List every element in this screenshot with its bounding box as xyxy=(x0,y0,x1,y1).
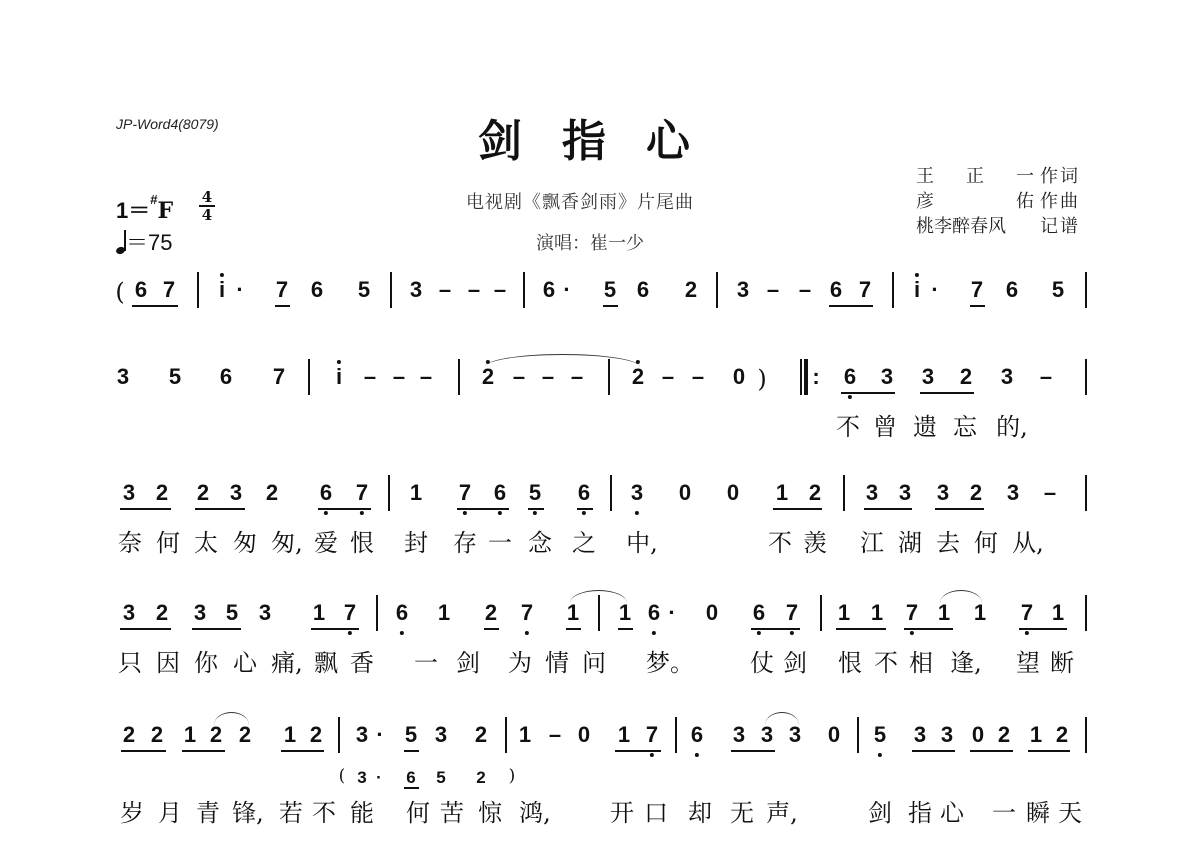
beam-underline xyxy=(841,392,895,394)
note: 3 xyxy=(881,365,893,389)
note: 0 xyxy=(733,365,745,389)
beam-underline xyxy=(912,750,955,752)
barline xyxy=(610,475,612,511)
lyric-char: 一 xyxy=(992,793,1016,828)
note: 3 xyxy=(937,481,949,505)
note: i xyxy=(914,278,920,302)
lyric-char: 恨 xyxy=(838,643,862,678)
lyric-char: 恨 xyxy=(350,523,374,558)
note: 1 xyxy=(1030,723,1042,747)
note: 2 xyxy=(809,481,821,505)
repeat-thin-bar xyxy=(800,359,802,395)
note: 3 xyxy=(631,481,643,505)
note: 7 xyxy=(163,278,175,302)
lyric-char: 口 xyxy=(644,793,668,828)
lyric-char: 情 xyxy=(545,643,569,678)
barline xyxy=(1085,359,1087,395)
note: 3 xyxy=(737,278,749,302)
note: 3 xyxy=(259,601,271,625)
lyric-char: 天 xyxy=(1058,793,1082,828)
beam-underline xyxy=(132,305,178,307)
beam-underline xyxy=(457,508,509,510)
note: 6 xyxy=(320,481,332,505)
song-title: 剑指心 xyxy=(478,112,730,172)
song-subtitle: 电视剧《飘香剑雨》片尾曲 xyxy=(466,188,694,214)
note: 6 xyxy=(753,601,765,625)
note: 2 xyxy=(960,365,972,389)
note: 6 xyxy=(311,278,323,302)
repeat-colon: : xyxy=(812,365,819,389)
beam-underline xyxy=(192,628,241,630)
note: – xyxy=(1044,481,1056,505)
note: 1 xyxy=(974,601,986,625)
note: 3 xyxy=(123,481,135,505)
barline xyxy=(338,717,340,753)
lyric-char: 指 xyxy=(908,793,932,828)
alt-note: 3 xyxy=(357,766,366,790)
note: 1 xyxy=(519,723,531,747)
lyric-char: 太 xyxy=(194,523,218,558)
lyric-char: 岁 xyxy=(120,793,144,828)
note: 3 xyxy=(435,723,447,747)
lyric-char: 锋, xyxy=(232,793,264,828)
beam-underline xyxy=(1028,750,1070,752)
slur-arc xyxy=(485,354,640,367)
lyric-char: 望 xyxy=(1016,643,1040,678)
note: 5 xyxy=(604,278,616,302)
lyric-char: 剑 xyxy=(868,793,892,828)
alt-note: · xyxy=(376,766,382,790)
beam-underline xyxy=(121,750,166,752)
singer-credit: 演唱：崔一少 xyxy=(536,229,644,255)
barline xyxy=(388,475,390,511)
beam-underline xyxy=(920,392,974,394)
note: – xyxy=(767,278,779,302)
note: 6 xyxy=(494,481,506,505)
barline xyxy=(523,272,525,308)
lyric-char: 湖 xyxy=(898,523,922,558)
note: 1 xyxy=(838,601,850,625)
note: 5 xyxy=(169,365,181,389)
beam-underline xyxy=(311,628,359,630)
note: 3 xyxy=(194,601,206,625)
beam-underline xyxy=(836,628,886,630)
barline xyxy=(1085,717,1087,753)
lyric-char: 能 xyxy=(350,793,374,828)
note: 2 xyxy=(210,723,222,747)
lyric-char: 何 xyxy=(156,523,180,558)
note: 2 xyxy=(123,723,135,747)
alt-note: 2 xyxy=(476,766,485,790)
note: 5 xyxy=(529,481,541,505)
lyric-char: 遗 xyxy=(913,407,937,442)
note: 2 xyxy=(998,723,1010,747)
beam-underline xyxy=(528,508,544,510)
beam-underline xyxy=(603,305,618,307)
beam-underline xyxy=(970,305,985,307)
note: 3 xyxy=(914,723,926,747)
note: 0 xyxy=(828,723,840,747)
note: 5 xyxy=(226,601,238,625)
alt-note: ( xyxy=(339,766,346,786)
note: – xyxy=(468,278,480,302)
note: 1 xyxy=(410,481,422,505)
note: 7 xyxy=(276,278,288,302)
lyric-char: 念 xyxy=(528,523,552,558)
lyric-char: 匆 xyxy=(233,523,257,558)
note: 1 xyxy=(284,723,296,747)
note: 1 xyxy=(184,723,196,747)
note: 7 xyxy=(859,278,871,302)
beam-underline xyxy=(577,508,593,510)
note: 1 xyxy=(313,601,325,625)
note: 3 xyxy=(761,723,773,747)
note: 2 xyxy=(156,601,168,625)
note: 6 xyxy=(844,365,856,389)
note: 7 xyxy=(521,601,533,625)
note: 7 xyxy=(786,601,798,625)
lyric-char: 的, xyxy=(996,407,1028,442)
barline xyxy=(1085,595,1087,631)
note: – xyxy=(1040,365,1052,389)
alt-note: 5 xyxy=(436,766,445,790)
lyric-char: 何 xyxy=(406,793,430,828)
beam-underline xyxy=(904,628,953,630)
barline xyxy=(197,272,199,308)
note: 1 xyxy=(776,481,788,505)
note: 2 xyxy=(1056,723,1068,747)
barline xyxy=(716,272,718,308)
note: 6 xyxy=(220,365,232,389)
note: 2 xyxy=(197,481,209,505)
slur-arc xyxy=(765,712,799,725)
note: 3 xyxy=(356,723,368,747)
note: 2 xyxy=(266,481,278,505)
producer-label: JP-Word4(8079) xyxy=(116,116,219,132)
note: 0 xyxy=(972,723,984,747)
beam-underline xyxy=(773,508,822,510)
note: – xyxy=(692,365,704,389)
note: – xyxy=(439,278,451,302)
note: · xyxy=(376,723,383,747)
lyric-char: 之 xyxy=(572,523,596,558)
note: 2 xyxy=(970,481,982,505)
note: – xyxy=(393,365,405,389)
note: 2 xyxy=(156,481,168,505)
lyric-char: 不 xyxy=(836,407,860,442)
lyric-char: 羡 xyxy=(803,523,827,558)
lyric-char: 若 xyxy=(279,793,303,828)
repeat-thick-bar xyxy=(804,359,808,395)
lyric-char: 因 xyxy=(156,643,180,678)
lyric-char: 声, xyxy=(766,793,798,828)
lyric-char: 相 xyxy=(909,643,933,678)
lyric-char: 中, xyxy=(626,523,658,558)
note: 3 xyxy=(117,365,129,389)
lyric-char: 青 xyxy=(196,793,220,828)
note: 0 xyxy=(727,481,739,505)
lyric-char: 一 xyxy=(488,523,512,558)
beam-underline xyxy=(731,750,775,752)
note: 0 xyxy=(706,601,718,625)
note: 7 xyxy=(344,601,356,625)
alt-note: ) xyxy=(509,766,516,786)
beam-underline xyxy=(404,750,419,752)
lyric-char: 问 xyxy=(582,643,606,678)
barline xyxy=(843,475,845,511)
lyric-char: 痛, xyxy=(271,643,303,678)
note: 5 xyxy=(405,723,417,747)
lyric-char: 奈 xyxy=(118,523,142,558)
lyric-char: 你 xyxy=(194,643,218,678)
lyric-char: 开 xyxy=(610,793,634,828)
note: 2 xyxy=(475,723,487,747)
beam-underline xyxy=(484,628,499,630)
note: 3 xyxy=(410,278,422,302)
lyric-char: 惊 xyxy=(478,793,502,828)
time-signature: 4 4 xyxy=(199,190,215,222)
beam-underline xyxy=(404,787,419,789)
lyric-char: 去 xyxy=(936,523,960,558)
note: 6 xyxy=(396,601,408,625)
lyric-char: 苦 xyxy=(440,793,464,828)
note: 7 xyxy=(1021,601,1033,625)
barline xyxy=(1085,272,1087,308)
lyric-char: 仗 xyxy=(750,643,774,678)
beam-underline xyxy=(120,628,171,630)
note: 0 xyxy=(679,481,691,505)
bracket-mark: ( xyxy=(115,278,124,306)
beam-underline xyxy=(566,628,581,630)
beam-underline xyxy=(318,508,371,510)
quarter-note-icon xyxy=(116,230,126,254)
note: 2 xyxy=(485,601,497,625)
sharp-icon: # xyxy=(150,192,157,207)
lyric-char: 从, xyxy=(1012,523,1044,558)
note: i xyxy=(219,278,225,302)
note: 3 xyxy=(922,365,934,389)
barline xyxy=(376,595,378,631)
lyric-char: 不 xyxy=(768,523,792,558)
lyric-char: 心 xyxy=(940,793,964,828)
note: 6 xyxy=(691,723,703,747)
barline xyxy=(820,595,822,631)
note: 2 xyxy=(239,723,251,747)
note: 1 xyxy=(438,601,450,625)
beam-underline xyxy=(120,508,171,510)
note: 2 xyxy=(151,723,163,747)
lyric-char: 匆, xyxy=(271,523,303,558)
note: – xyxy=(549,723,561,747)
beam-underline xyxy=(182,750,225,752)
note: 3 xyxy=(1001,365,1013,389)
slur-arc xyxy=(940,590,982,603)
tempo-marking: ＝75 xyxy=(116,226,172,257)
note: – xyxy=(513,365,525,389)
lyric-char: 梦。 xyxy=(646,643,694,678)
barline xyxy=(892,272,894,308)
note: · xyxy=(563,278,570,302)
note: 7 xyxy=(906,601,918,625)
beam-underline xyxy=(864,508,912,510)
barline xyxy=(308,359,310,395)
note: 5 xyxy=(1052,278,1064,302)
credit-lyricist: 王正一 作词 xyxy=(916,164,1080,189)
note: – xyxy=(542,365,554,389)
lyric-char: 瞬 xyxy=(1026,793,1050,828)
note: 2 xyxy=(685,278,697,302)
note: 6 xyxy=(648,601,660,625)
note: 1 xyxy=(619,601,631,625)
note: 7 xyxy=(273,365,285,389)
barline xyxy=(1085,475,1087,511)
lyric-char: 逢, xyxy=(950,643,982,678)
note: 3 xyxy=(230,481,242,505)
lyric-char: 不 xyxy=(312,793,336,828)
beam-underline xyxy=(935,508,984,510)
beam-underline xyxy=(829,305,873,307)
beam-underline xyxy=(618,628,633,630)
note: 3 xyxy=(899,481,911,505)
lyric-char: 何 xyxy=(974,523,998,558)
lyric-char: 忘 xyxy=(953,407,977,442)
barline xyxy=(505,717,507,753)
note: 3 xyxy=(789,723,801,747)
key-signature: 1＝#F xyxy=(116,194,173,225)
lyric-char: 心 xyxy=(233,643,257,678)
note: 6 xyxy=(135,278,147,302)
note: · xyxy=(931,278,938,302)
note: 6 xyxy=(578,481,590,505)
bracket-mark: ) xyxy=(757,365,766,393)
barline xyxy=(458,359,460,395)
note: 7 xyxy=(459,481,471,505)
lyric-char: 却 xyxy=(688,793,712,828)
lyric-char: 断 xyxy=(1050,643,1074,678)
barline xyxy=(390,272,392,308)
note: 1 xyxy=(1052,601,1064,625)
lyric-char: 江 xyxy=(860,523,884,558)
note: 3 xyxy=(866,481,878,505)
note: 2 xyxy=(482,365,494,389)
credit-composer: 彦佑 作曲 xyxy=(916,189,1080,214)
note: 1 xyxy=(938,601,950,625)
lyric-char: 剑 xyxy=(783,643,807,678)
beam-underline xyxy=(275,305,290,307)
note: – xyxy=(494,278,506,302)
note: 1 xyxy=(567,601,579,625)
lyric-char: 无 xyxy=(730,793,754,828)
note: 7 xyxy=(646,723,658,747)
lyric-char: 剑 xyxy=(456,643,480,678)
note: 3 xyxy=(123,601,135,625)
note: · xyxy=(668,601,675,625)
lyric-char: 为 xyxy=(508,643,532,678)
note: 6 xyxy=(637,278,649,302)
note: 5 xyxy=(358,278,370,302)
beam-underline xyxy=(281,750,324,752)
lyric-char: 存 xyxy=(453,523,477,558)
lyric-char: 不 xyxy=(874,643,898,678)
note: 1 xyxy=(618,723,630,747)
note: 3 xyxy=(733,723,745,747)
note: i xyxy=(336,365,342,389)
lyric-char: 一 xyxy=(414,643,438,678)
lyric-char: 封 xyxy=(404,523,428,558)
note: 6 xyxy=(830,278,842,302)
slur-arc xyxy=(570,590,627,603)
note: 6 xyxy=(1006,278,1018,302)
credit-transcriber: 桃李醉春风 记谱 xyxy=(916,214,1080,239)
note: – xyxy=(364,365,376,389)
note: – xyxy=(662,365,674,389)
note: 2 xyxy=(632,365,644,389)
beam-underline xyxy=(751,628,800,630)
credits-block: 王正一 作词 彦佑 作曲 桃李醉春风 记谱 xyxy=(916,164,1080,239)
note: · xyxy=(236,278,243,302)
lyric-char: 只 xyxy=(118,643,142,678)
lyric-char: 鸿, xyxy=(519,793,551,828)
beam-underline xyxy=(970,750,1013,752)
lyric-char: 香 xyxy=(350,643,374,678)
note: 1 xyxy=(871,601,883,625)
lyric-char: 爱 xyxy=(314,523,338,558)
note: – xyxy=(420,365,432,389)
barline xyxy=(857,717,859,753)
note: 6 xyxy=(543,278,555,302)
slur-arc xyxy=(214,712,249,725)
note: 3 xyxy=(941,723,953,747)
lyric-char: 曾 xyxy=(873,407,897,442)
beam-underline xyxy=(195,508,245,510)
beam-underline xyxy=(615,750,661,752)
note: – xyxy=(799,278,811,302)
beam-underline xyxy=(1019,628,1067,630)
lyric-char: 月 xyxy=(158,793,182,828)
note: 2 xyxy=(310,723,322,747)
note: – xyxy=(571,365,583,389)
note: 0 xyxy=(578,723,590,747)
note: 7 xyxy=(356,481,368,505)
note: 7 xyxy=(971,278,983,302)
note: 5 xyxy=(874,723,886,747)
lyric-char: 飘 xyxy=(314,643,338,678)
note: 3 xyxy=(1007,481,1019,505)
barline xyxy=(675,717,677,753)
